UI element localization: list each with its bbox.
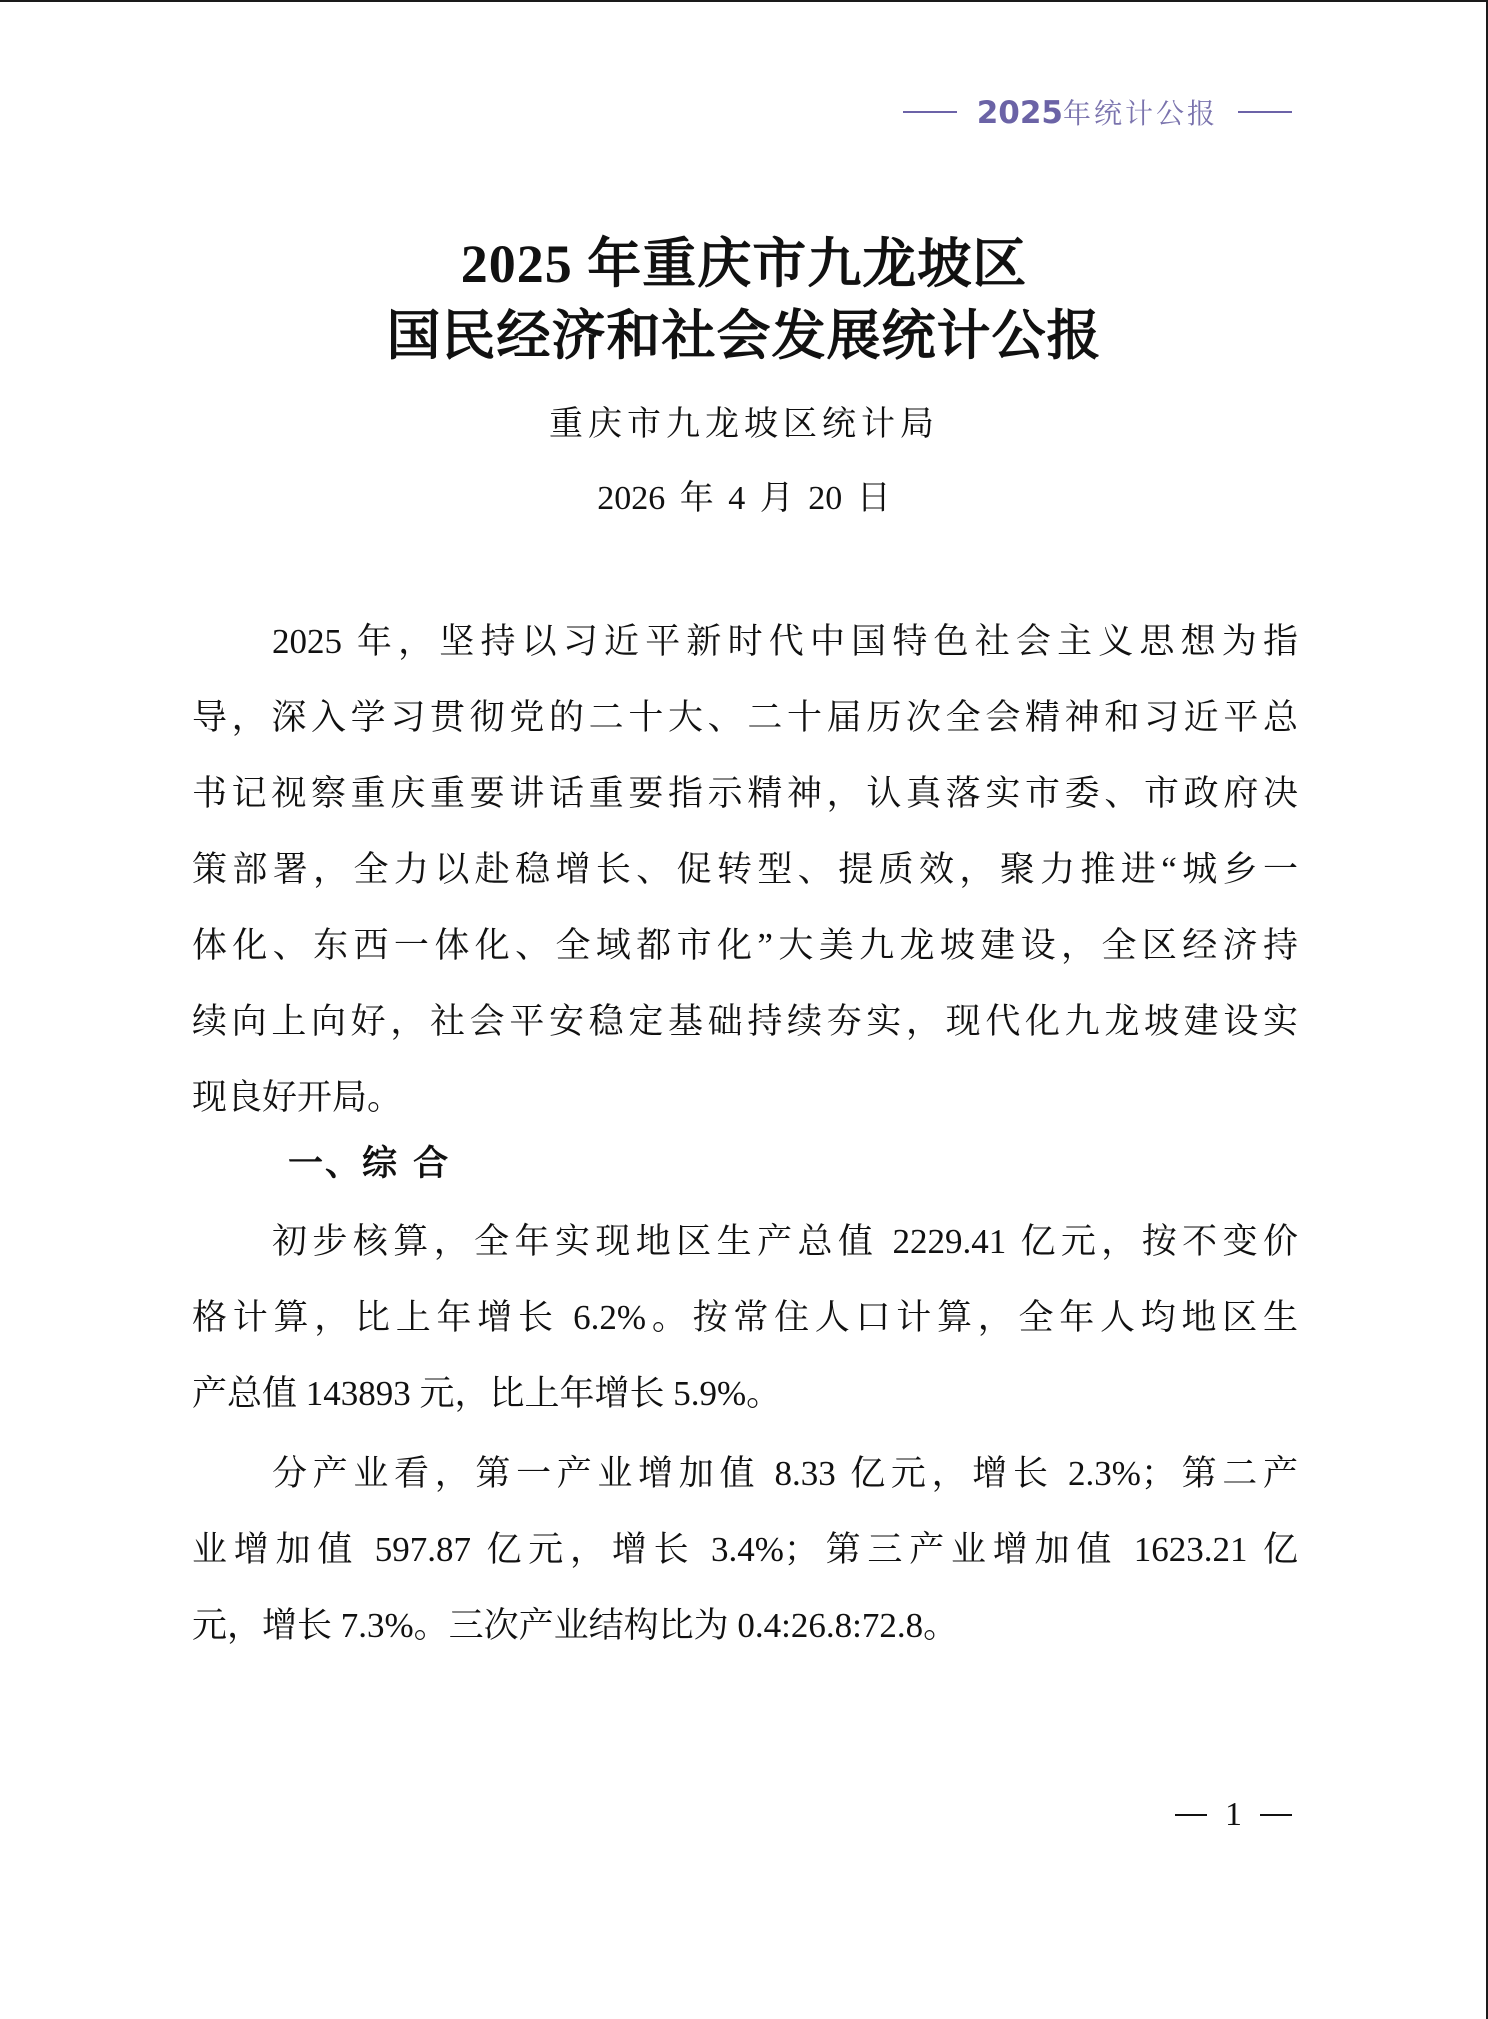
intro-line: 2025 年，坚持以习近平新时代中国特色社会主义思想为指 [272,618,1298,666]
intro-line: 书记视察重庆重要讲话重要指示精神，认真落实市委、市政府决 [192,770,1298,818]
header-text: 年统计公报 [1063,92,1218,132]
paragraph-line: 产总值 143893 元，比上年增长 5.9%。 [192,1370,1298,1418]
running-header: 2025 年统计公报 [903,92,1292,132]
intro-line: 体化、东西一体化、全域都市化”大美九龙坡建设，全区经济持 [192,922,1298,970]
page-number-dash-left [1175,1814,1207,1816]
header-label: 2025 年统计公报 [977,92,1218,132]
issue-date: 2026 年 4 月 20 日 [0,470,1488,519]
page-number: 1 [1175,1796,1292,1834]
issuer: 重庆市九龙坡区统计局 [0,396,1488,445]
intro-line: 导，深入学习贯彻党的二十大、二十届历次全会精神和习近平总 [192,694,1298,742]
paragraph-line: 元，增长 7.3%。三次产业结构比为 0.4:26.8:72.8。 [192,1602,1298,1650]
title-line-1: 2025 年重庆市九龙坡区 [0,228,1488,300]
page-number-dash-right [1260,1814,1292,1816]
header-rule-right [1238,111,1292,113]
title-line-2: 国民经济和社会发展统计公报 [0,300,1488,372]
paragraph-line: 业增加值 597.87 亿元，增长 3.4%；第三产业增加值 1623.21 亿 [192,1526,1298,1574]
document-title: 2025 年重庆市九龙坡区 国民经济和社会发展统计公报 [0,228,1488,372]
intro-line: 现良好开局。 [192,1074,1298,1122]
header-year: 2025 [977,95,1063,131]
header-rule-left [903,111,957,113]
paragraph-line: 分产业看，第一产业增加值 8.33 亿元，增长 2.3%；第二产 [272,1450,1298,1498]
intro-line: 续向上向好，社会平安稳定基础持续夯实，现代化九龙坡建设实 [192,998,1298,1046]
intro-line: 策部署，全力以赴稳增长、促转型、提质效，聚力推进“城乡一 [192,846,1298,894]
page-top-edge [0,0,1488,2]
page-number-value: 1 [1225,1796,1242,1834]
paragraph-line: 初步核算，全年实现地区生产总值 2229.41 亿元，按不变价 [272,1218,1298,1266]
section-heading: 一、综 合 [288,1140,450,1188]
paragraph-line: 格计算，比上年增长 6.2%。按常住人口计算，全年人均地区生 [192,1294,1298,1342]
